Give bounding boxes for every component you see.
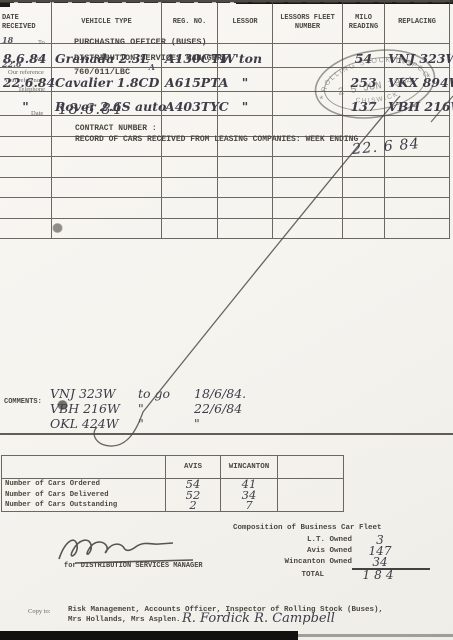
cell-replacing: VBH 216W <box>385 92 450 116</box>
empty-cell <box>162 219 218 240</box>
empty-cell <box>385 219 450 240</box>
empty-cell <box>385 157 450 178</box>
cell-replacing: VNJ 323W <box>385 44 450 68</box>
empty-cell <box>273 219 343 240</box>
col-header-reg-no: REG. NO. <box>162 2 218 44</box>
empty-cell <box>0 137 52 158</box>
comment-action: " <box>138 416 194 431</box>
cell-fleet-no <box>273 92 343 116</box>
summary-label: Number of Cars Outstanding <box>2 500 165 511</box>
vehicle-superscript: A <box>149 62 155 72</box>
empty-cell <box>52 219 162 240</box>
empty-cell <box>52 178 162 199</box>
copy-to-line2: Mrs Hollands, Mrs Asplen. <box>68 616 181 626</box>
empty-cell <box>162 157 218 178</box>
cell-vehicle-type: Cavalier 1.8CDA <box>52 68 162 92</box>
empty-cell <box>162 116 218 137</box>
summary-header-avis: AVIS <box>166 456 221 479</box>
cell-date: " <box>0 92 52 116</box>
vehicle-text: Cavalier 1.8CD <box>55 75 159 90</box>
empty-cell <box>273 157 343 178</box>
col-header-vehicle-type: VEHICLE TYPE <box>52 2 162 44</box>
empty-cell <box>0 157 52 178</box>
copy-to-label: Copy to: <box>28 608 51 615</box>
record-table: DATE RECEIVED VEHICLE TYPE REG. NO. LESS… <box>0 0 450 239</box>
summary-corner-cell <box>2 456 166 479</box>
cell-reg-no: A403TYC <box>162 92 218 116</box>
signature-for-line: for DISTRIBUTION SERVICES MANAGER <box>64 562 203 570</box>
cell-lessor: W'ton <box>218 44 273 68</box>
cell-lessor: " <box>218 92 273 116</box>
cell-vehicle-type: Rover 2.6S auto <box>52 92 162 116</box>
empty-cell <box>385 198 450 219</box>
empty-cell <box>218 178 273 199</box>
date-text: 22.6.84 <box>3 75 55 90</box>
comment-reg: VBH 216W <box>50 401 138 416</box>
cell-reg-no: A615PTA <box>162 68 218 92</box>
empty-cell <box>343 137 385 158</box>
fleet-composition-title: Composition of Business Car Fleet <box>233 524 382 532</box>
composition-total-row: TOTAL 184 <box>160 571 410 582</box>
scan-artifact-bottom-fade <box>298 634 453 637</box>
date-superscript: 18 <box>2 35 13 45</box>
empty-cell <box>162 137 218 158</box>
summary-wincanton-values: 41 34 7 <box>221 479 278 512</box>
col-header-mileage-reading: MILO READING <box>343 2 385 44</box>
summary-value: 7 <box>221 500 277 511</box>
empty-cell <box>218 219 273 240</box>
comment-reg: VNJ 323W <box>50 386 138 401</box>
empty-cell <box>162 198 218 219</box>
summary-header-wincanton: WINCANTON <box>221 456 278 479</box>
comment-line: OKL 424W " " <box>50 416 284 431</box>
comment-date: 18/6/84. <box>194 386 284 401</box>
cell-mileage: 137 <box>343 92 385 116</box>
comments-label: COMMENTS: <box>4 398 42 406</box>
empty-cell <box>385 137 450 158</box>
empty-cell <box>343 116 385 137</box>
empty-cell <box>273 137 343 158</box>
empty-cell <box>218 157 273 178</box>
empty-cell <box>218 137 273 158</box>
summary-table: AVIS WINCANTON Number of Cars Ordered Nu… <box>1 455 344 512</box>
empty-cell <box>52 116 162 137</box>
date-superscript: 22.6 <box>2 59 21 69</box>
empty-cell <box>0 219 52 240</box>
empty-cell <box>162 178 218 199</box>
cell-reg-no: A130CTF <box>162 44 218 68</box>
comment-reg: OKL 424W <box>50 416 138 431</box>
empty-cell <box>52 157 162 178</box>
empty-cell <box>273 116 343 137</box>
comments-section: COMMENTS: VNJ 323W to go 18/6/84. VBH 21… <box>0 385 453 435</box>
composition-total-label: TOTAL <box>160 571 352 582</box>
cell-mileage: 253 <box>343 68 385 92</box>
copy-to-handwritten-names: R. Fordick R. Campbell <box>182 611 335 626</box>
summary-header-empty <box>278 456 344 479</box>
empty-cell <box>0 198 52 219</box>
cell-fleet-no <box>273 44 343 68</box>
comment-line: VBH 216W " 22/6/84 <box>50 401 284 416</box>
cell-vehicle-type: Granada 2.3L <box>52 44 162 68</box>
scanned-memo-page: To PURCHASING OFFICER (BUSES) From DISTR… <box>0 0 453 640</box>
scan-artifact-bottom-bar <box>0 631 298 640</box>
cell-replacing: VKX 894W <box>385 68 450 92</box>
col-header-lessors-fleet-number: LESSORS FLEET NUMBER <box>273 2 343 44</box>
empty-cell <box>273 178 343 199</box>
empty-cell <box>0 116 52 137</box>
cell-lessor: " <box>218 68 273 92</box>
comment-line: VNJ 323W to go 18/6/84. <box>50 386 284 401</box>
summary-label: Number of Cars Ordered <box>2 479 165 490</box>
composition-value: 34 <box>352 555 408 569</box>
empty-cell <box>52 137 162 158</box>
summary-row-labels: Number of Cars Ordered Number of Cars De… <box>2 479 166 512</box>
empty-cell <box>218 198 273 219</box>
empty-cell <box>385 116 450 137</box>
cell-fleet-no <box>273 68 343 92</box>
summary-label: Number of Cars Delivered <box>2 490 165 501</box>
comment-date: 22/6/84 <box>194 401 284 416</box>
col-header-lessor: LESSOR <box>218 2 273 44</box>
summary-avis-values: 54 52 2 <box>166 479 221 512</box>
empty-cell <box>343 219 385 240</box>
empty-cell <box>343 157 385 178</box>
comment-action: to go <box>138 386 194 401</box>
empty-cell <box>343 178 385 199</box>
empty-cell <box>385 178 450 199</box>
comment-date: " <box>194 416 284 431</box>
summary-value: 2 <box>166 500 220 511</box>
comment-action: " <box>138 401 194 416</box>
col-header-replacing: REPLACING <box>385 2 450 44</box>
summary-empty-cell <box>278 479 344 512</box>
cell-date: 22.622.6.84 <box>0 68 52 92</box>
empty-cell <box>52 198 162 219</box>
empty-cell <box>343 198 385 219</box>
cell-mileage: 54 <box>343 44 385 68</box>
empty-cell <box>218 116 273 137</box>
empty-cell <box>273 198 343 219</box>
composition-total-value: 184 <box>352 568 408 582</box>
empty-cell <box>0 178 52 199</box>
